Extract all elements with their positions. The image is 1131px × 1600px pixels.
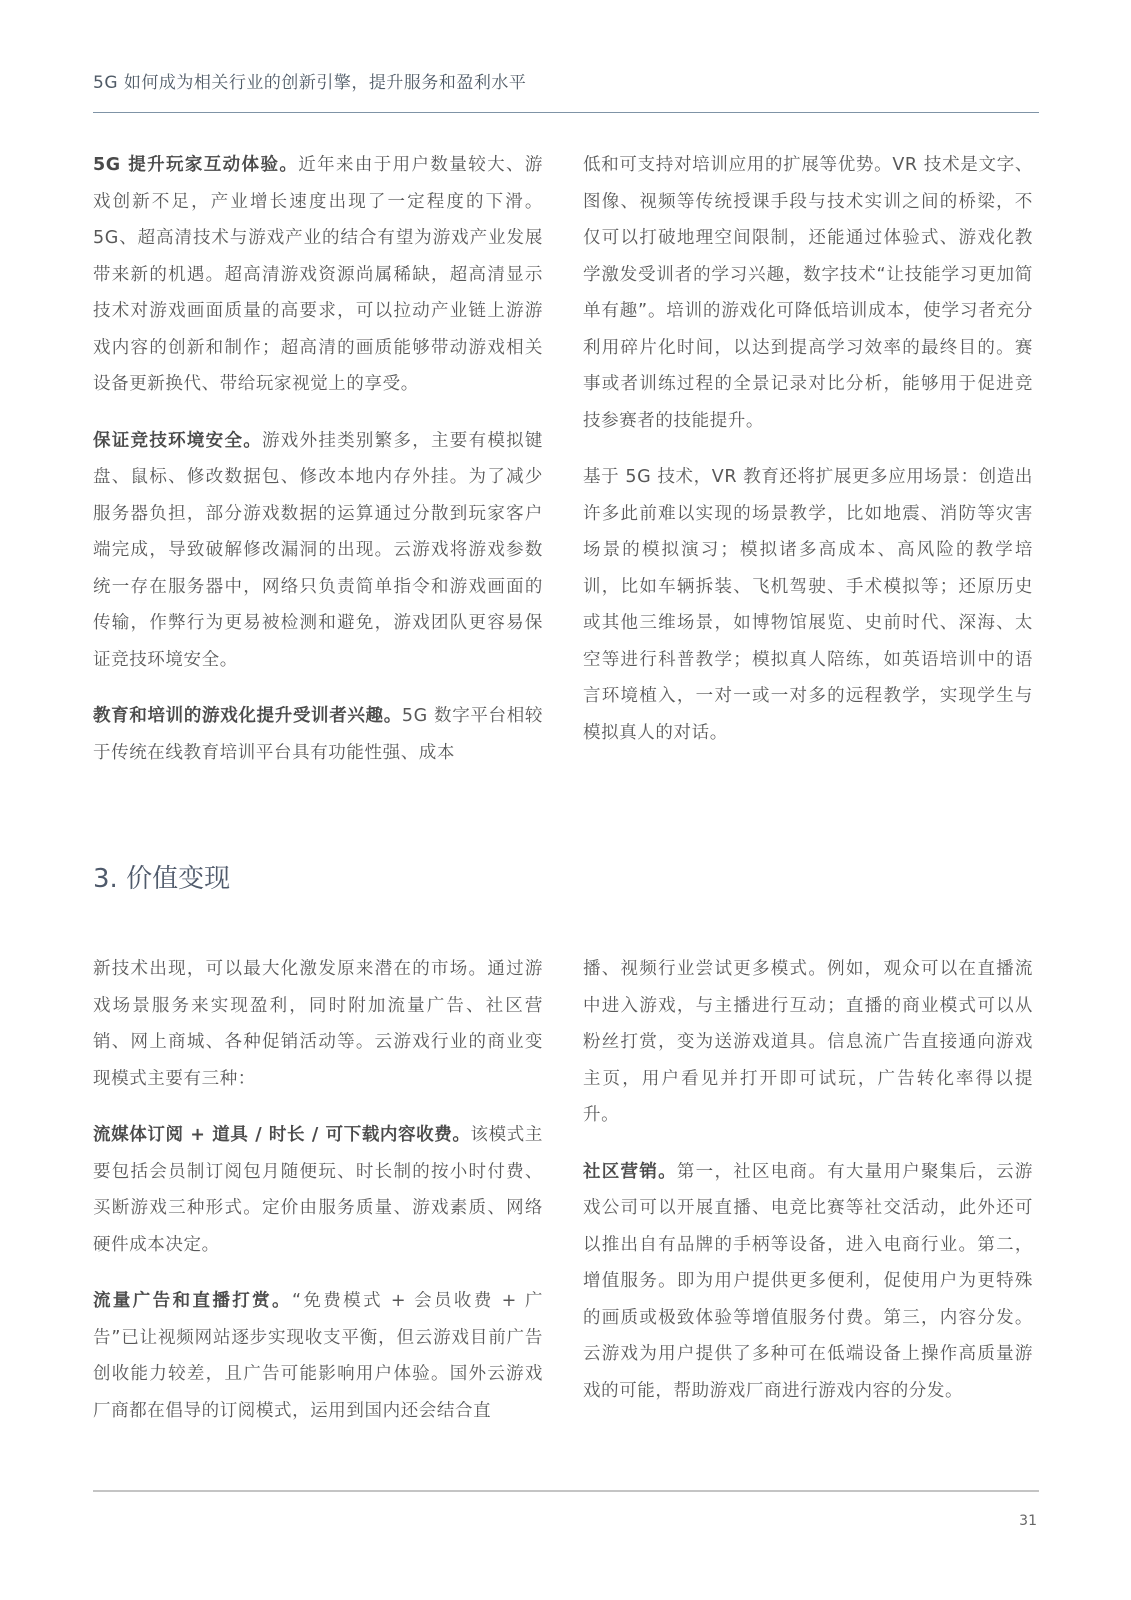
- paragraph-text: 新技术出现，可以最大化激发原来潜在的市场。通过游戏场景服务来实现盈利，同时附加流…: [93, 959, 543, 1089]
- paragraph-lead: 5G 提升玩家互动体验。: [93, 155, 298, 175]
- lower-right-column: 播、视频行业尝试更多模式。例如，观众可以在直播流中进入游戏，与主播进行互动；直播…: [583, 951, 1033, 1429]
- paragraph-vr-training: 低和可支持对培训应用的扩展等优势。VR 技术是文字、图像、视频等传统授课手段与技…: [583, 147, 1033, 439]
- paragraph-monetization-intro: 新技术出现，可以最大化激发原来潜在的市场。通过游戏场景服务来实现盈利，同时附加流…: [93, 951, 543, 1097]
- paragraph-lead: 流量广告和直播打赏。: [93, 1291, 292, 1311]
- paragraph-community-marketing: 社区营销。第一，社区电商。有大量用户聚集后，云游戏公司可以开展直播、电竞比赛等社…: [583, 1154, 1033, 1410]
- paragraph-competitive-security: 保证竞技环境安全。游戏外挂类别繁多，主要有模拟键盘、鼠标、修改数据包、修改本地内…: [93, 423, 543, 679]
- paragraph-lead: 社区营销。: [583, 1162, 677, 1182]
- paragraph-lead: 保证竞技环境安全。: [93, 431, 262, 451]
- paragraph-livestream-continued: 播、视频行业尝试更多模式。例如，观众可以在直播流中进入游戏，与主播进行互动；直播…: [583, 951, 1033, 1134]
- upper-left-column: 5G 提升玩家互动体验。近年来由于用户数量较大、游戏创新不足，产业增长速度出现了…: [93, 147, 543, 791]
- paragraph-subscription-model: 流媒体订阅 + 道具 / 时长 / 可下载内容收费。该模式主要包括会员制订阅包月…: [93, 1117, 543, 1263]
- paragraph-text: 近年来由于用户数量较大、游戏创新不足，产业增长速度出现了一定程度的下滑。5G、超…: [93, 155, 543, 394]
- header-divider: [93, 112, 1039, 113]
- paragraph-education-gamification: 教育和培训的游戏化提升受训者兴趣。5G 数字平台相较于传统在线教育培训平台具有功…: [93, 698, 543, 771]
- paragraph-text: 低和可支持对培训应用的扩展等优势。VR 技术是文字、图像、视频等传统授课手段与技…: [583, 155, 1033, 431]
- upper-right-column: 低和可支持对培训应用的扩展等优势。VR 技术是文字、图像、视频等传统授课手段与技…: [583, 147, 1033, 771]
- page-number: 31: [1019, 1513, 1037, 1529]
- paragraph-text: 游戏外挂类别繁多，主要有模拟键盘、鼠标、修改数据包、修改本地内存外挂。为了减少服…: [93, 431, 543, 670]
- paragraph-player-interaction: 5G 提升玩家互动体验。近年来由于用户数量较大、游戏创新不足，产业增长速度出现了…: [93, 147, 543, 403]
- section-heading: 3. 价值变现: [93, 858, 230, 895]
- lower-left-column: 新技术出现，可以最大化激发原来潜在的市场。通过游戏场景服务来实现盈利，同时附加流…: [93, 951, 543, 1449]
- paragraph-ads-and-livestream: 流量广告和直播打赏。“免费模式 + 会员收费 + 广告”已让视频网站逐步实现收支…: [93, 1283, 543, 1429]
- paragraph-text: 播、视频行业尝试更多模式。例如，观众可以在直播流中进入游戏，与主播进行互动；直播…: [583, 959, 1033, 1125]
- paragraph-text: 第一，社区电商。有大量用户聚集后，云游戏公司可以开展直播、电竞比赛等社交活动，此…: [583, 1162, 1033, 1401]
- running-header: 5G 如何成为相关行业的创新引擎，提升服务和盈利水平: [93, 68, 526, 93]
- footer-divider: [93, 1490, 1039, 1492]
- paragraph-text: 基于 5G 技术，VR 教育还将扩展更多应用场景：创造出许多此前难以实现的场景教…: [583, 467, 1033, 743]
- paragraph-lead: 教育和培训的游戏化提升受训者兴趣。: [93, 706, 402, 726]
- paragraph-vr-scenarios: 基于 5G 技术，VR 教育还将扩展更多应用场景：创造出许多此前难以实现的场景教…: [583, 459, 1033, 751]
- paragraph-lead: 流媒体订阅 + 道具 / 时长 / 可下载内容收费。: [93, 1125, 471, 1145]
